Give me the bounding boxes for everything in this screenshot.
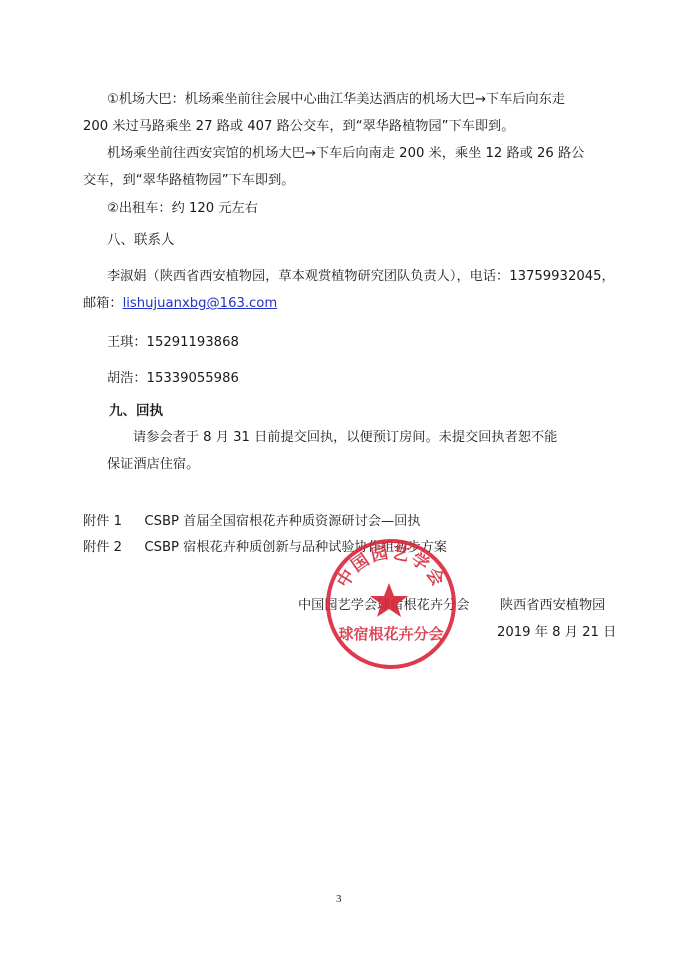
document-page: ①机场大巴：机场乘坐前往会展中心曲江华美达酒店的机场大巴→下车后向东走 200 … [0, 0, 692, 978]
signature-orgs: 中国园艺学会球宿根花卉分会 陕西省西安植物园 [298, 597, 605, 615]
receipt-line2: 保证酒店住宿。 [107, 456, 199, 474]
email-link[interactable]: lishujuanxbg@163.com [123, 296, 278, 311]
taxi-info: ②出租车：约 120 元左右 [107, 200, 258, 218]
attachment-2-title: CSBP 宿根花卉种质创新与品种试验协作组初步方案 [144, 540, 447, 555]
airport-bus-2-line2: 交车，到“翠华路植物园”下车即到。 [83, 172, 294, 190]
signature-date: 2019 年 8 月 21 日 [497, 624, 616, 642]
page-number: 3 [336, 893, 342, 905]
contact-wangqi: 王琪：15291193868 [107, 334, 239, 352]
email-row: 邮箱：lishujuanxbg@163.com [83, 295, 277, 313]
attachment-2: 附件 2 CSBP 宿根花卉种质创新与品种试验协作组初步方案 [83, 539, 447, 557]
attachment-1-label: 附件 1 [83, 514, 122, 529]
airport-bus-2-line1: 机场乘坐前往西安宾馆的机场大巴→下车后向南走 200 米，乘坐 12 路或 26… [107, 145, 584, 163]
contact-primary: 李淑娟（陕西省西安植物园，草本观赏植物研究团队负责人），电话：137599320… [107, 268, 615, 286]
attachment-2-label: 附件 2 [83, 540, 122, 555]
receipt-line1: 请参会者于 8 月 31 日前提交回执，以便预订房间。未提交回执者恕不能 [133, 429, 557, 447]
attachment-1: 附件 1 CSBP 首届全国宿根花卉种质资源研讨会—回执 [83, 513, 421, 531]
receipt-heading: 九、回执 [109, 402, 163, 420]
contacts-heading: 八、联系人 [107, 231, 175, 249]
email-label: 邮箱： [83, 296, 123, 311]
airport-bus-1-line1: ①机场大巴：机场乘坐前往会展中心曲江华美达酒店的机场大巴→下车后向东走 [107, 91, 565, 109]
attachment-1-title: CSBP 首届全国宿根花卉种质资源研讨会—回执 [144, 514, 420, 529]
airport-bus-1-line2: 200 米过马路乘坐 27 路或 407 路公交车，到“翠华路植物园”下车即到。 [83, 118, 514, 136]
stamp-bottom-text: 球宿根花卉分会 [338, 625, 443, 643]
signature-org2: 陕西省西安植物园 [500, 598, 606, 613]
signature-org1: 中国园艺学会球宿根花卉分会 [298, 598, 469, 613]
contact-huhao: 胡浩：15339055986 [107, 370, 239, 388]
